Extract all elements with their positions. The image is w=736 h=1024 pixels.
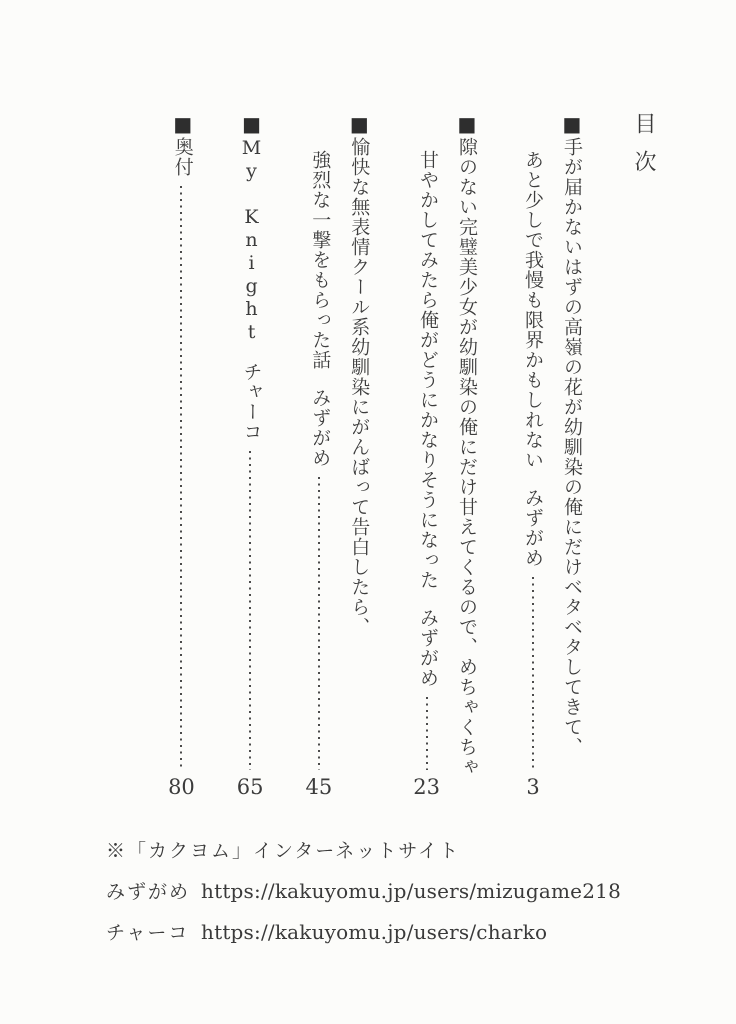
toc-entry: ■ 奥付 80 — [168, 112, 195, 798]
toc-entry: ■ 手が届かないはずの高嶺の花が幼馴染の俺にだけベタベタしてきて、 あと少しで我… — [521, 112, 584, 798]
entry-page-number: 3 — [526, 777, 539, 798]
entry-title-text: 愉快な無表情クール系幼馴染にがんばって告白したら、 — [347, 137, 371, 637]
entry-subtitle-text: あと少しで我慢も限界かもしれない — [521, 150, 545, 470]
footer-author-row: みずがめ https://kakuyomu.jp/users/mizugame2… — [106, 877, 621, 904]
dotted-leader — [426, 697, 428, 770]
dotted-leader — [318, 477, 320, 770]
bullet-square-icon: ■ — [240, 112, 264, 137]
toc-entry: ■ My Knight チャーコ 65 — [237, 112, 264, 798]
entry-title-line: ■ 奥付 80 — [168, 112, 195, 798]
entry-subtitle-text: 甘やかしてみたら俺がどうにかなりそうになった — [416, 150, 440, 590]
footer-author-row: チャーコ https://kakuyomu.jp/users/charko — [106, 918, 621, 945]
bullet-square-icon: ■ — [347, 112, 371, 137]
entry-author: みずがめ — [308, 388, 332, 468]
table-of-contents: 目次 ■ 手が届かないはずの高嶺の花が幼馴染の俺にだけベタベタしてきて、 あと少… — [168, 112, 656, 798]
entry-title-line: ■ 愉快な無表情クール系幼馴染にがんばって告白したら、 — [347, 112, 371, 798]
toc-entry: ■ 愉快な無表情クール系幼馴染にがんばって告白したら、 強烈な一撃をもらった話 … — [306, 112, 372, 798]
footer: ※「カクヨム」インターネットサイト みずがめ https://kakuyomu.… — [106, 836, 621, 945]
toc-entry: ■ 隙のない完璧美少女が幼馴染の俺にだけ甘えてくるので、めちゃくちゃ 甘やかして… — [413, 112, 479, 798]
dotted-leader — [180, 186, 182, 770]
entry-page-number: 45 — [306, 777, 333, 798]
footer-author-name: チャーコ — [106, 918, 201, 945]
bullet-square-icon: ■ — [171, 112, 195, 137]
footer-author-name: みずがめ — [106, 877, 201, 904]
document-page: 目次 ■ 手が届かないはずの高嶺の花が幼馴染の俺にだけベタベタしてきて、 あと少… — [0, 0, 736, 1024]
footer-note: ※「カクヨム」インターネットサイト — [106, 836, 621, 863]
entry-continuation-line: あと少しで我慢も限界かもしれない みずがめ 3 — [521, 112, 545, 798]
footer-author-url: https://kakuyomu.jp/users/mizugame218 — [201, 879, 621, 903]
page-title: 目次 — [630, 112, 656, 798]
entry-page-number: 80 — [168, 777, 195, 798]
entry-title-text: 隙のない完璧美少女が幼馴染の俺にだけ甘えてくるので、めちゃくちゃ — [455, 137, 479, 777]
entry-title-line: ■ 手が届かないはずの高嶺の花が幼馴染の俺にだけベタベタしてきて、 — [560, 112, 584, 798]
entry-title-line: ■ 隙のない完璧美少女が幼馴染の俺にだけ甘えてくるので、めちゃくちゃ — [455, 112, 479, 798]
bullet-square-icon: ■ — [455, 112, 479, 137]
entry-continuation-line: 強烈な一撃をもらった話 みずがめ 45 — [306, 112, 333, 798]
dotted-leader — [532, 577, 534, 770]
entry-title-text: My Knight — [240, 137, 264, 344]
entry-subtitle-text: 強烈な一撃をもらった話 — [308, 150, 332, 370]
bullet-square-icon: ■ — [560, 112, 584, 137]
entry-author: みずがめ — [521, 488, 545, 568]
entry-page-number: 23 — [413, 777, 440, 798]
entry-continuation-line: 甘やかしてみたら俺がどうにかなりそうになった みずがめ 23 — [413, 112, 440, 798]
footer-author-url: https://kakuyomu.jp/users/charko — [201, 920, 547, 944]
entry-title-text: 手が届かないはずの高嶺の花が幼馴染の俺にだけベタベタしてきて、 — [560, 137, 584, 757]
entry-author: チャーコ — [240, 362, 264, 442]
entry-title-text: 奥付 — [171, 137, 195, 177]
dotted-leader — [249, 451, 251, 770]
entry-title-line: ■ My Knight チャーコ 65 — [237, 112, 264, 798]
entry-author: みずがめ — [416, 608, 440, 688]
entry-page-number: 65 — [237, 777, 264, 798]
